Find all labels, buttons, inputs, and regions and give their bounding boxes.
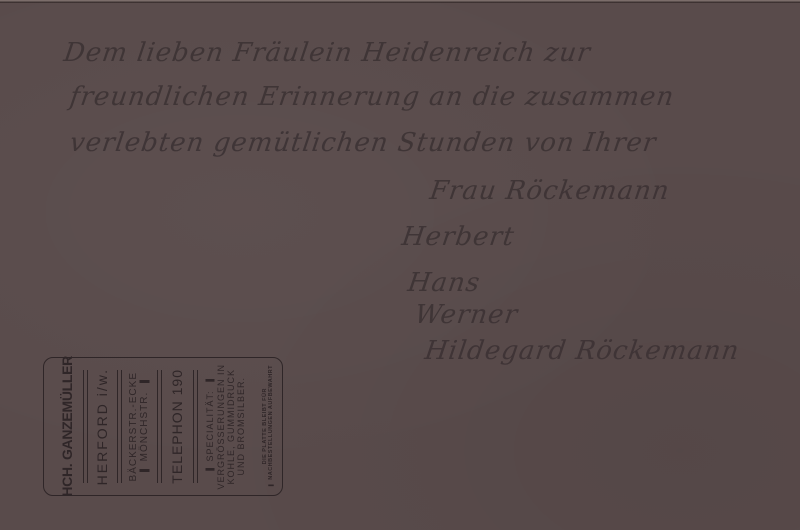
handwriting-line-3: verlebten gemütlichen Stunden von Ihrer	[68, 128, 659, 158]
stamp-city: HERFORD i/w.	[94, 368, 110, 485]
stamp-speciality-4: UND BROMSILBER.	[236, 377, 246, 476]
signature-hans: Hans	[406, 268, 482, 298]
card-top-edge	[0, 0, 800, 3]
photographer-name: HCH. GANZEMÜLLER	[59, 356, 75, 497]
signature-herbert: Herbert	[400, 222, 517, 252]
stamp-speciality-1: ▬ SPECIALITÄT: ▬	[205, 376, 215, 476]
stamp-address-1: BÄCKERSTR.-ECKE	[128, 372, 140, 481]
stamp-col-address: BÄCKERSTR.-ECKE ▬ MÖNCHSTR. ▬	[121, 358, 157, 495]
stamp-col-note: DIE PLATTE BLEIBT FÜR ▬ NACHBESTELLUNGEN…	[256, 358, 280, 495]
handwriting-line-2: freundlichen Erinnerung an die zusammen	[68, 82, 676, 112]
stamp-address-2: ▬ MÖNCHSTR. ▬	[139, 376, 151, 477]
photographer-stamp: HCH. GANZEMÜLLER HERFORD i/w. BÄCKERSTR.…	[43, 357, 283, 496]
signature-werner: Werner	[413, 300, 520, 330]
stamp-col-telephone: TELEPHON 190	[161, 358, 193, 495]
photo-card-back: Dem lieben Fräulein Heidenreich zur freu…	[0, 0, 800, 530]
stamp-telephone: TELEPHON 190	[169, 369, 185, 484]
signature-hildegard-roeckemann: Hildegard Röckemann	[423, 336, 742, 366]
stamp-col-name: HCH. GANZEMÜLLER	[50, 358, 84, 495]
stamp-col-city: HERFORD i/w.	[87, 358, 117, 495]
signature-frau-roeckemann: Frau Röckemann	[428, 176, 672, 206]
stamp-speciality-3: KOHLE, GUMMIDRUCK	[226, 369, 236, 485]
stamp-note-2: ▬ NACHBESTELLUNGEN AUFBEWAHRT	[268, 365, 274, 488]
stamp-col-speciality: ▬ SPECIALITÄT: ▬ VERGRÖSSERUNGEN IN KOHL…	[197, 358, 255, 495]
stamp-speciality-2: VERGRÖSSERUNGEN IN	[216, 364, 226, 490]
handwriting-line-1: Dem lieben Fräulein Heidenreich zur	[62, 38, 593, 68]
